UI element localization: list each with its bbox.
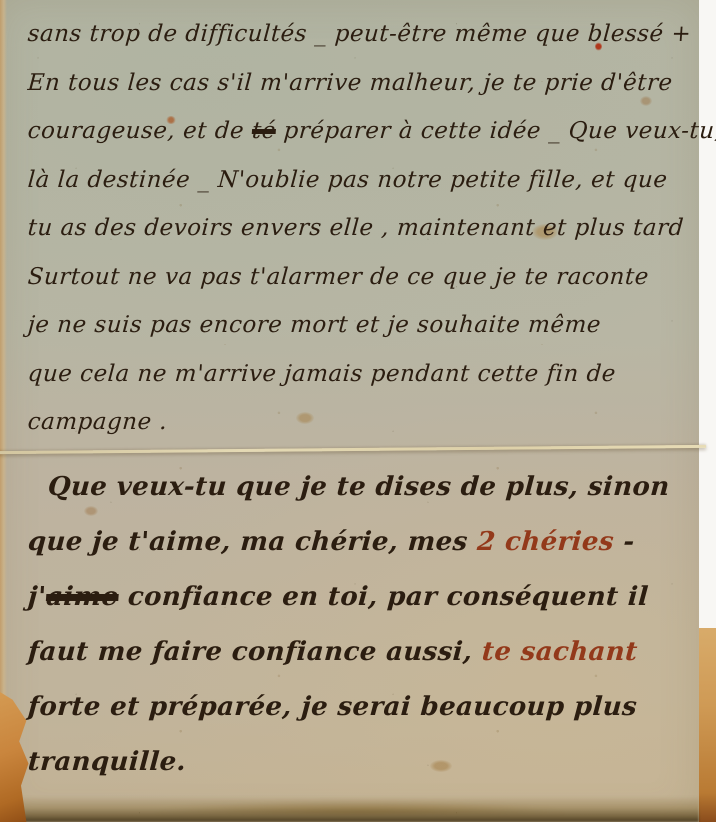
handwritten-text-segment: -: [613, 527, 636, 557]
handwritten-text-segment: tranquille.: [27, 747, 187, 777]
letter-line: je ne suis pas encore mort et je souhait…: [26, 301, 668, 350]
handwritten-text-segment: je ne suis pas encore mort et je souhait…: [27, 312, 602, 338]
handwritten-text-segment: aime: [45, 582, 119, 612]
handwritten-text-segment: tu as des devoirs envers elle , maintena…: [27, 215, 685, 241]
handwritten-text-segment: campagne .: [27, 409, 168, 435]
handwritten-text-segment: té: [251, 118, 277, 144]
letter-line: tu as des devoirs envers elle , maintena…: [26, 204, 668, 253]
handwritten-text-segment: faut me faire confiance aussi,: [27, 637, 483, 667]
letter-line: courageuse, et de té préparer à cette id…: [26, 107, 668, 156]
letter-line: Que veux-tu que je te dises de plus, sin…: [26, 460, 669, 515]
handwritten-text-segment: En tous les cas s'il m'arrive malheur, j…: [27, 70, 674, 96]
letter-line: que je t'aime, ma chérie, mes 2 chéries …: [26, 515, 669, 570]
letter-line: faut me faire confiance aussi, te sachan…: [26, 625, 669, 680]
handwritten-text-segment: te sachant: [481, 637, 639, 667]
letter-line: Surtout ne va pas t'alarmer de ce que je…: [26, 253, 668, 302]
handwritten-text-segment: que cela ne m'arrive jamais pendant cett…: [27, 361, 617, 387]
letter-line: sans trop de difficultés _ peut-être mêm…: [26, 10, 668, 59]
bottom-dirty-edge: [0, 796, 699, 822]
letter-paragraph-above-fold: sans trop de difficultés _ peut-être mêm…: [26, 10, 665, 447]
handwritten-text-segment: forte et préparée, je serai beaucoup plu…: [27, 692, 638, 722]
handwritten-text-segment: sans trop de difficultés _ peut-être mêm…: [27, 21, 692, 47]
handwritten-text-segment: 2 chéries: [476, 527, 615, 557]
letter-line: campagne .: [26, 398, 668, 447]
letter-paper: sans trop de difficultés _ peut-être mêm…: [0, 0, 699, 822]
handwritten-text-segment: j': [27, 582, 47, 612]
letter-line: que cela ne m'arrive jamais pendant cett…: [26, 350, 668, 399]
letter-scan-page: sans trop de difficultés _ peut-être mêm…: [0, 0, 716, 822]
handwritten-text-segment: courageuse, et de: [27, 118, 253, 144]
letter-line: tranquille.: [26, 735, 669, 790]
handwritten-text-segment: là la destinée _ N'oublie pas notre peti…: [27, 167, 669, 193]
handwritten-text-segment: Surtout ne va pas t'alarmer de ce que je…: [27, 264, 650, 290]
letter-line: là la destinée _ N'oublie pas notre peti…: [26, 156, 668, 205]
letter-paragraph-below-fold: Que veux-tu que je te dises de plus, sin…: [26, 460, 665, 790]
letter-line: forte et préparée, je serai beaucoup plu…: [26, 680, 669, 735]
handwritten-text-segment: Que veux-tu que je te dises de plus, sin…: [47, 472, 671, 502]
handwritten-text-segment: confiance en toi, par conséquent il: [117, 582, 649, 612]
handwritten-text-segment: préparer à cette idée _ Que veux-tu, c'e…: [275, 118, 716, 144]
letter-line: En tous les cas s'il m'arrive malheur, j…: [26, 59, 668, 108]
letter-line: j'aime confiance en toi, par conséquent …: [26, 570, 669, 625]
handwritten-text-segment: que je t'aime, ma chérie, mes: [27, 527, 478, 557]
